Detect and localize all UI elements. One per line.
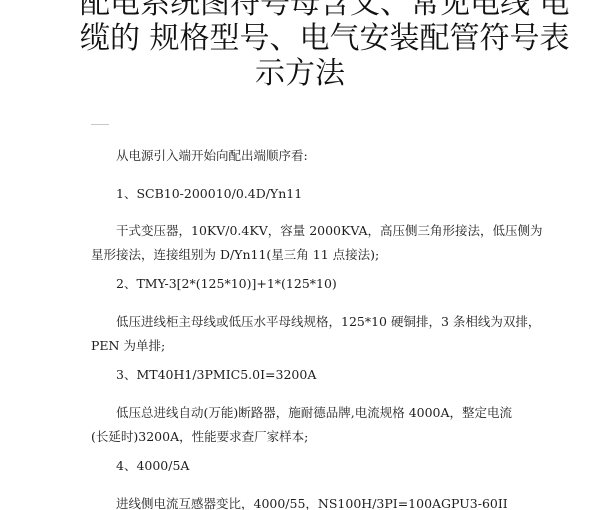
paragraph-item-3-heading: 3、MT40H1/3PMIC5.0I=3200A	[91, 363, 531, 387]
paragraph-line: 从电源引入端开始向配出端顺序看:	[91, 144, 531, 168]
paragraph-item-4-desc: 进线侧电流互感器变比，4000/55，NS100H/3PI=100AGPU3-6…	[91, 492, 531, 510]
paragraph-line: PEN 为单排;	[91, 334, 531, 358]
document-title: 配电系统图符号母含义、常见电线 电 缆的 规格型号、电气安装配管符号表 示方法	[80, 0, 520, 91]
paragraph-line: (长延时)3200A，性能要求查厂家样本;	[91, 425, 531, 449]
paragraph-line: 4、4000/5A	[91, 454, 531, 478]
paragraph-line: 2、TMY-3[2*(125*10)]+1*(125*10)	[91, 272, 531, 296]
paragraph-item-1-heading: 1、SCB10-200010/0.4D/Yn11	[91, 182, 531, 206]
document-page: 配电系统图符号母含义、常见电线 电 缆的 规格型号、电气安装配管符号表 示方法 …	[0, 0, 600, 510]
title-line: 示方法	[80, 56, 520, 91]
title-line: 缆的 规格型号、电气安装配管符号表	[80, 21, 520, 56]
paragraph-item-2-heading: 2、TMY-3[2*(125*10)]+1*(125*10)	[91, 272, 531, 296]
paragraph-line: 1、SCB10-200010/0.4D/Yn11	[91, 182, 531, 206]
paragraph-line: 星形接法，连接组别为 D/Yn11(星三角 11 点接法);	[91, 243, 531, 267]
paragraph-intro: 从电源引入端开始向配出端顺序看:	[91, 144, 531, 168]
paragraph-item-4-heading: 4、4000/5A	[91, 454, 531, 478]
paragraph-line: 低压进线柜主母线或低压水平母线规格，125*10 硬铜排，3 条相线为双排，	[91, 310, 531, 334]
divider	[91, 124, 109, 125]
paragraph-line: 低压总进线自动(万能)断路器，施耐德品牌,电流规格 4000A，整定电流	[91, 401, 531, 425]
paragraph-line: 进线侧电流互感器变比，4000/55，NS100H/3PI=100AGPU3-6…	[91, 492, 531, 510]
paragraph-line: 3、MT40H1/3PMIC5.0I=3200A	[91, 363, 531, 387]
paragraph-item-2-desc: 低压进线柜主母线或低压水平母线规格，125*10 硬铜排，3 条相线为双排， P…	[91, 310, 531, 358]
title-line: 配电系统图符号母含义、常见电线 电	[80, 0, 520, 21]
paragraph-item-1-desc: 干式变压器，10KV/0.4KV，容量 2000KVA，高压侧三角形接法，低压侧…	[91, 219, 531, 267]
paragraph-line: 干式变压器，10KV/0.4KV，容量 2000KVA，高压侧三角形接法，低压侧…	[91, 219, 531, 243]
paragraph-item-3-desc: 低压总进线自动(万能)断路器，施耐德品牌,电流规格 4000A，整定电流 (长延…	[91, 401, 531, 449]
